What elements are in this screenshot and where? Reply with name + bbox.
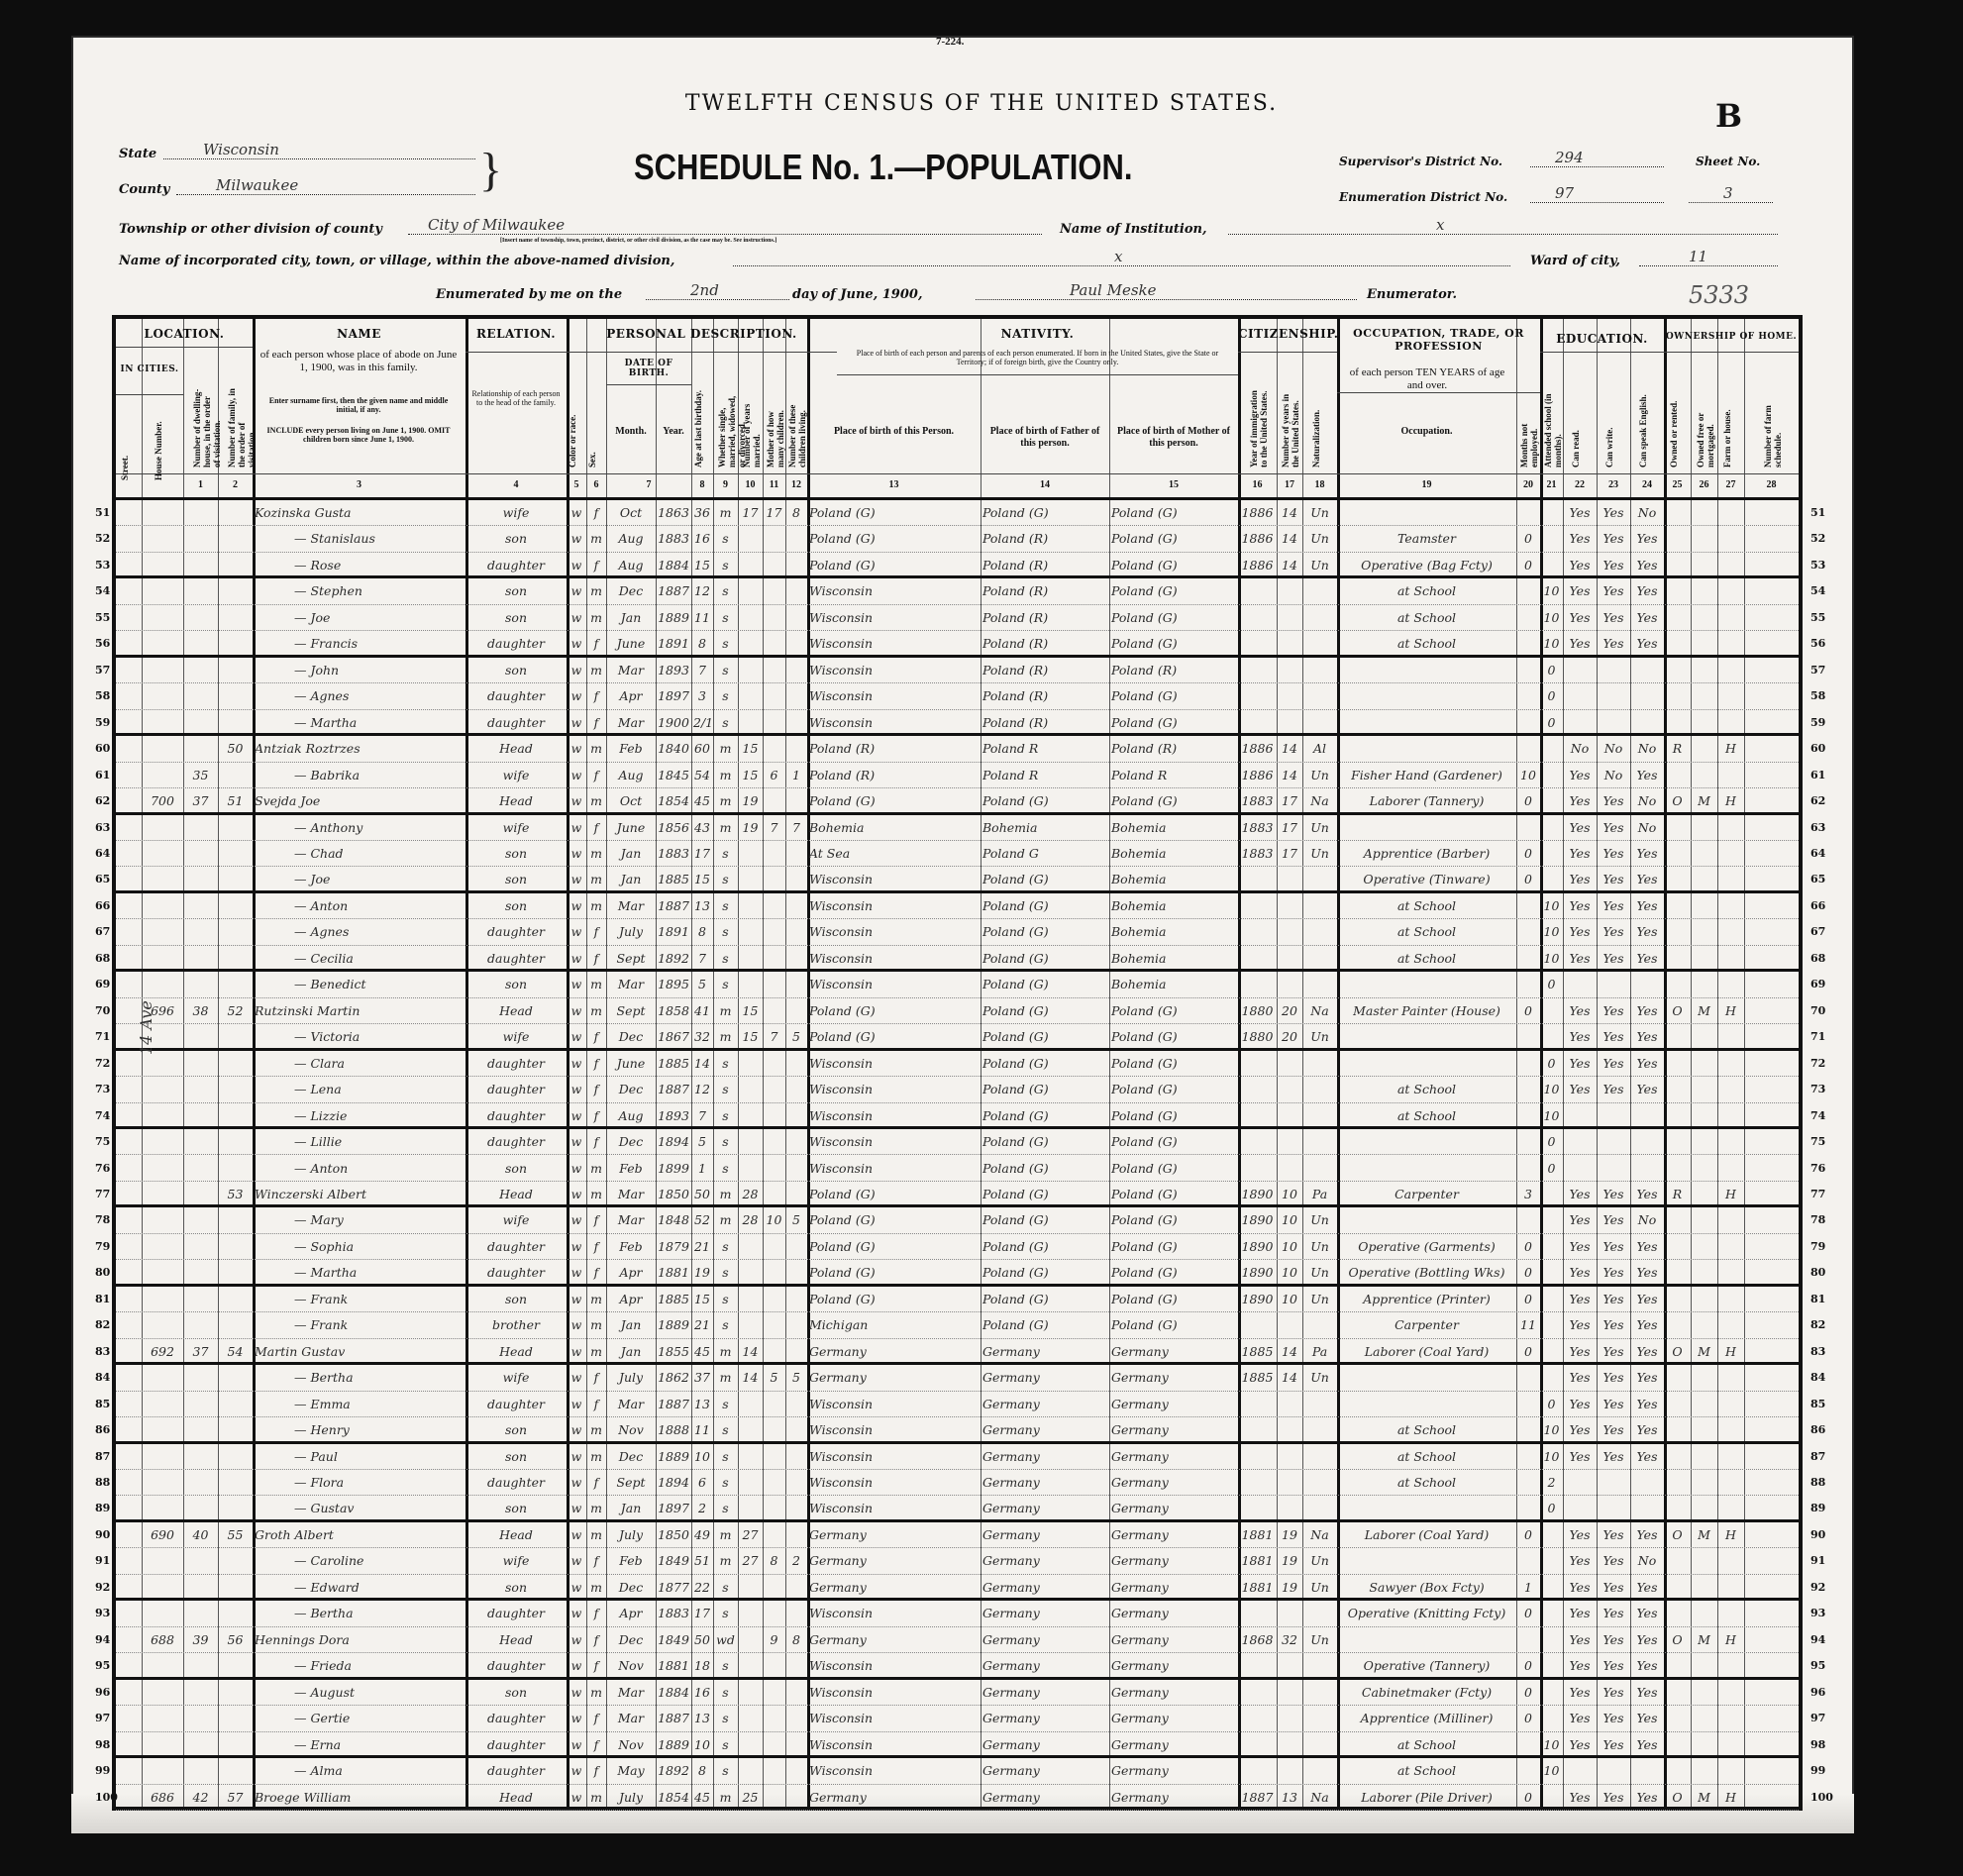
cell-marital: s [715,710,736,733]
line-number: 58 [1810,689,1825,702]
cell-months-unemp: 0 [1518,1260,1538,1283]
cell-color: w [568,1129,584,1154]
cell-yrs-married: 15 [740,736,761,761]
cell-marital: s [715,1051,736,1076]
cell-year: 1849 [658,1627,689,1652]
cell-read: Yes [1565,1444,1595,1469]
ward-value: 11 [1689,248,1707,265]
cell-age: 54 [693,763,711,787]
cell-year: 1889 [658,1444,689,1469]
cell-sex: f [588,500,604,525]
cell-sex: f [588,1392,604,1416]
township-label: Township or other division of county [119,222,382,237]
cell-month: July [608,1522,654,1547]
cell-school: 0 [1542,1156,1561,1181]
cell-marital: s [715,1156,736,1181]
table-row: — AugustsonwmMar188416sWisconsinGermanyG… [116,1680,1799,1706]
column-label: Number of these children living. [788,388,808,468]
cell-yrs-us: 10 [1279,1260,1300,1283]
cell-month: May [608,1758,654,1783]
cell-occupation: Cabinetmaker (Fcty) [1339,1680,1514,1705]
cell-natur: Na [1304,1522,1335,1547]
cell-marital: m [715,1522,736,1547]
cell-natur: Un [1304,1260,1335,1283]
cell-name: Winczerski Albert [255,1182,464,1204]
cell-write: Yes [1599,553,1628,575]
cell-english: Yes [1632,1680,1662,1705]
supervisor-label: Supervisor's District No. [1339,155,1502,168]
cell-immig: 1880 [1240,998,1275,1023]
column-label: Number of dwelling-house, in the order o… [193,388,223,468]
cell-relation: Head [467,1522,565,1547]
line-number: 86 [1810,1423,1825,1436]
cell-color: w [568,1260,584,1283]
cell-name: — Victoria [255,1024,503,1047]
cell-color: w [568,919,584,944]
cell-sex: m [588,972,604,996]
cell-house: 700 [144,788,181,811]
cell-english: Yes [1632,1365,1662,1390]
cell-mother-birth: Poland (G) [1111,1234,1236,1259]
cell-age: 11 [693,1417,711,1440]
cell-marital: s [715,526,736,551]
cell-name: Broege William [255,1785,464,1810]
cell-yrs-us: 19 [1279,1548,1300,1573]
cell-yrs-us: 20 [1279,998,1300,1023]
cell-month: Aug [608,526,654,551]
cell-sex: f [588,1260,604,1283]
cell-yrs-us: 10 [1279,1234,1300,1259]
cell-age: 43 [693,815,711,840]
cell-birth: Wisconsin [809,1392,979,1416]
enumerated-suffix: day of June, 1900, [792,287,922,302]
cell-year: 1845 [658,763,689,787]
cell-months-unemp: 0 [1518,553,1538,575]
cell-write: Yes [1599,1051,1628,1076]
cell-month: Jan [608,841,654,866]
cell-yrs-married: 19 [740,815,761,840]
cell-yrs-married: 15 [740,998,761,1023]
line-number: 66 [95,899,110,912]
cell-relation: son [467,1444,565,1469]
cell-sex: f [588,1207,604,1232]
column-label: Age at last birthday. [694,388,704,468]
column-number: 9 [713,479,738,490]
cell-occupation: Operative (Knitting Fcty) [1339,1601,1514,1625]
cell-mother-birth: Poland (R) [1111,736,1236,761]
cell-immig: 1890 [1240,1207,1275,1232]
cell-mother-birth: Poland (G) [1111,605,1236,630]
cell-yrs-married: 28 [740,1207,761,1232]
cell-month: Feb [608,1234,654,1259]
cell-color: w [568,867,584,889]
line-number: 76 [1810,1162,1825,1175]
cell-mother-birth: Bohemia [1111,919,1236,944]
cell-months-unemp: 0 [1518,788,1538,811]
cell-name: — Erna [255,1732,503,1755]
date-of-birth-header: DATE OF BIRTH. [606,359,691,378]
cell-sex: f [588,1470,604,1495]
cell-month: Jan [608,1312,654,1337]
cell-relation: Head [467,1182,565,1204]
personal-description-header: PERSONAL DESCRIPTION. [567,327,837,341]
line-number: 81 [95,1293,110,1305]
sheet-value: 3 [1723,184,1733,202]
line-number: 88 [95,1476,110,1489]
cell-month: July [608,919,654,944]
table-row: — ClaradaughterwfJune188514sWisconsinPol… [116,1051,1799,1077]
cell-occupation: Sawyer (Box Fcty) [1339,1575,1514,1598]
column-number: 22 [1563,479,1597,490]
line-number: 68 [1810,952,1825,965]
cell-birth: Poland (G) [809,1207,979,1232]
cell-read: Yes [1565,998,1595,1023]
line-number: 95 [1810,1659,1825,1672]
state-field: Wisconsin [163,141,475,159]
cell-occupation: Fisher Hand (Gardener) [1339,763,1514,787]
cell-natur: Un [1304,1365,1335,1390]
cell-month: Apr [608,1287,654,1311]
cell-name: — Edward [255,1575,503,1598]
cell-write: Yes [1599,1706,1628,1730]
table-row: — MarywifewfMar184852m28105Poland (G)Pol… [116,1207,1799,1233]
cell-mother-birth: Germany [1111,1444,1236,1469]
table-row: — GertiedaughterwfMar188713sWisconsinGer… [116,1706,1799,1731]
cell-farm: H [1719,1339,1742,1362]
column-number: 10 [738,479,763,490]
citizenship-header: CITIZENSHIP. [1238,327,1337,341]
cell-year: 1894 [658,1129,689,1154]
table-row: 6963852Rutzinski MartinHeadwmSept185841m… [116,998,1799,1024]
cell-yrs-us: 19 [1279,1575,1300,1598]
cell-school: 10 [1542,893,1561,918]
cell-write: Yes [1599,605,1628,630]
group-underline [567,352,837,353]
incorporated-value: x [1114,248,1122,265]
cell-yrs-us: 32 [1279,1627,1300,1652]
cell-english: Yes [1632,946,1662,969]
cell-marital: s [715,1601,736,1625]
line-number: 69 [1810,978,1825,990]
column-number: 1 [183,479,218,490]
cell-mother-birth: Germany [1111,1627,1236,1652]
column-number: 18 [1302,479,1337,490]
cell-marital: s [715,1758,736,1783]
cell-immig: 1883 [1240,788,1275,811]
cell-natur: Pa [1304,1339,1335,1362]
cell-month: Jan [608,867,654,889]
line-number: 96 [95,1686,110,1699]
cell-yrs-us: 17 [1279,815,1300,840]
cell-color: w [568,788,584,811]
cell-age: 12 [693,578,711,603]
cell-write: Yes [1599,1732,1628,1755]
cell-marital: m [715,815,736,840]
cell-month: Jan [608,1496,654,1518]
cell-marital: s [715,553,736,575]
table-row: — AlmadaughterwfMay18928sWisconsinGerman… [116,1758,1799,1784]
cell-marital: s [715,605,736,630]
cell-mother-birth: Poland (G) [1111,1260,1236,1283]
cell-house: 686 [144,1785,181,1810]
cell-color: w [568,1680,584,1705]
nativity-header: NATIVITY. [837,327,1238,341]
cell-name: — Flora [255,1470,503,1495]
cell-english: Yes [1632,998,1662,1023]
cell-father-birth: Poland (R) [982,553,1107,575]
relation-header: RELATION. [465,327,567,341]
cell-birth: Wisconsin [809,919,979,944]
cell-name: — Emma [255,1392,503,1416]
line-number: 62 [95,794,110,807]
cell-write: No [1599,763,1628,787]
cell-color: w [568,972,584,996]
line-number: 68 [95,952,110,965]
cell-year: 1883 [658,841,689,866]
enumeration-value: 97 [1555,184,1574,202]
cell-yrs-married: 28 [740,1182,761,1204]
line-number: 90 [1810,1528,1825,1541]
table-row: 6923754Martin GustavHeadwmJan185545m14Ge… [116,1339,1799,1365]
cell-birth: Poland (G) [809,1260,979,1283]
cell-owned: O [1666,788,1689,811]
cell-father-birth: Germany [982,1785,1107,1810]
cell-birth: Germany [809,1785,979,1810]
cell-natur: Na [1304,998,1335,1023]
cell-immig: 1886 [1240,553,1275,575]
cell-sex: m [588,605,604,630]
cell-mother-birth: Germany [1111,1706,1236,1730]
cell-color: w [568,1365,584,1390]
cell-age: 13 [693,893,711,918]
census-table: LOCATION.IN CITIES.NAMEof each person wh… [112,315,1803,1811]
cell-relation: Head [467,788,565,811]
cell-living: 5 [787,1365,805,1390]
cell-father-birth: Poland R [982,736,1107,761]
cell-year: 1856 [658,815,689,840]
cell-school: 10 [1542,1444,1561,1469]
cell-relation: son [467,1287,565,1311]
cell-marital: m [715,736,736,761]
cell-yrs-us: 14 [1279,526,1300,551]
cell-relation: daughter [467,1051,565,1076]
cell-relation: son [467,1417,565,1440]
line-number: 83 [1810,1345,1825,1358]
cell-immig: 1886 [1240,763,1275,787]
cell-months-unemp: 11 [1518,1312,1538,1337]
line-number: 82 [1810,1318,1825,1331]
cell-marital: s [715,1392,736,1416]
cell-marital: s [715,631,736,654]
cell-birth: Wisconsin [809,1758,979,1783]
cell-relation: son [467,841,565,866]
cell-birth: Wisconsin [809,710,979,733]
cell-month: Aug [608,1103,654,1126]
cell-name: — Anton [255,893,503,918]
occupation-underline [1337,392,1540,393]
cell-year: 1888 [658,1417,689,1440]
cell-color: w [568,893,584,918]
line-number: 92 [95,1581,110,1594]
cell-occupation: at School [1339,1103,1514,1126]
line-number: 93 [95,1607,110,1619]
cell-birth: Wisconsin [809,1129,979,1154]
column-label: Place of birth of this Person. [809,426,979,438]
cell-owned: O [1666,1627,1689,1652]
cell-color: w [568,1732,584,1755]
cell-birth: Poland (G) [809,998,979,1023]
cell-owned: R [1666,736,1689,761]
cell-dwelling: 35 [185,763,216,787]
cell-marital: m [715,500,736,525]
cell-month: July [608,1785,654,1810]
cell-year: 1862 [658,1365,689,1390]
column-number: 3 [253,479,465,490]
cell-marital: m [715,1365,736,1390]
cell-sex: m [588,658,604,682]
cell-read: Yes [1565,526,1595,551]
cell-year: 1897 [658,683,689,708]
line-number: 74 [1810,1109,1825,1122]
cell-occupation: at School [1339,578,1514,603]
cell-read: Yes [1565,1339,1595,1362]
cell-occupation: at School [1339,605,1514,630]
cell-marital: m [715,1548,736,1573]
cell-natur: Un [1304,763,1335,787]
cell-relation: son [467,605,565,630]
table-row: — RosedaughterwfAug188415sPoland (G)Pola… [116,553,1799,578]
line-number: 76 [95,1162,110,1175]
cell-age: 36 [693,500,711,525]
cell-name: — Lena [255,1077,503,1101]
cell-age: 60 [693,736,711,761]
cell-color: w [568,736,584,761]
cell-age: 8 [693,631,711,654]
cell-english: Yes [1632,1601,1662,1625]
cell-read: Yes [1565,946,1595,969]
cell-birth: Wisconsin [809,867,979,889]
cell-sex: f [588,1365,604,1390]
line-number: 84 [1810,1371,1825,1384]
cell-mother-birth: Poland (G) [1111,1077,1236,1101]
cell-school: 0 [1542,1051,1561,1076]
group-underline [116,347,253,348]
cell-immig: 1890 [1240,1234,1275,1259]
cell-mortgaged: M [1693,998,1715,1023]
cell-school: 10 [1542,1758,1561,1783]
cell-english: Yes [1632,526,1662,551]
cell-occupation: Laborer (Coal Yard) [1339,1522,1514,1547]
cell-occupation: at School [1339,946,1514,969]
cell-natur: Na [1304,788,1335,811]
table-row: — CeciliadaughterwfSept18927sWisconsinPo… [116,946,1799,972]
column-label: Year. [658,426,689,438]
cell-sex: m [588,736,604,761]
cell-farm: H [1719,736,1742,761]
cell-birth: At Sea [809,841,979,866]
cell-father-birth: Poland (G) [982,1024,1107,1047]
cell-name: — Martha [255,710,503,733]
cell-relation: daughter [467,1077,565,1101]
cell-farm: H [1719,788,1742,811]
cell-natur: Un [1304,500,1335,525]
name-instruction: INCLUDE every person living on June 1, 1… [259,426,458,444]
cell-occupation: Apprentice (Milliner) [1339,1706,1514,1730]
supervisor-value: 294 [1555,149,1584,166]
cell-father-birth: Germany [982,1680,1107,1705]
cell-name: — Clara [255,1051,503,1076]
cell-name: Rutzinski Martin [255,998,464,1023]
cell-write: Yes [1599,788,1628,811]
cell-mother-birth: Bohemia [1111,893,1236,918]
cell-age: 13 [693,1392,711,1416]
cell-age: 5 [693,972,711,996]
cell-house: 692 [144,1339,181,1362]
cell-color: w [568,1653,584,1676]
cell-father-birth: Germany [982,1601,1107,1625]
cell-name: — Mary [255,1207,503,1232]
cell-month: June [608,631,654,654]
cell-relation: wife [467,763,565,787]
cell-immig: 1886 [1240,526,1275,551]
cell-color: w [568,815,584,840]
schedule-title: SCHEDULE No. 1.—POPULATION. [634,147,1132,188]
cell-english: Yes [1632,1312,1662,1337]
cell-yrs-us: 10 [1279,1182,1300,1204]
cell-english: Yes [1632,893,1662,918]
cell-year: 1850 [658,1522,689,1547]
cell-mother-birth: Germany [1111,1575,1236,1598]
line-number: 80 [95,1266,110,1279]
cell-month: Dec [608,1129,654,1154]
cell-immig: 1886 [1240,500,1275,525]
cell-months-unemp: 3 [1518,1182,1538,1204]
ward-field: 11 [1639,248,1778,266]
cell-father-birth: Germany [982,1392,1107,1416]
line-number: 53 [1810,559,1825,572]
cell-relation: daughter [467,1601,565,1625]
cell-immig: 1883 [1240,815,1275,840]
cell-sex: m [588,1156,604,1181]
cell-relation: son [467,658,565,682]
cell-marital: s [715,1470,736,1495]
cell-month: Sept [608,946,654,969]
cell-relation: daughter [467,1732,565,1755]
cell-birth: Wisconsin [809,578,979,603]
cell-age: 16 [693,526,711,551]
cell-name: — Sophia [255,1234,503,1259]
cell-immig: 1881 [1240,1548,1275,1573]
cell-mother-birth: Poland (G) [1111,1312,1236,1337]
institution-field: x [1228,216,1778,235]
cell-occupation: Operative (Tannery) [1339,1653,1514,1676]
cell-relation: Head [467,998,565,1023]
cell-occupation: Apprentice (Barber) [1339,841,1514,866]
cell-month: July [608,1365,654,1390]
cell-write: Yes [1599,1575,1628,1598]
cell-color: w [568,841,584,866]
cell-birth: Wisconsin [809,1470,979,1495]
column-label: Color or race. [568,388,578,468]
cell-marital: s [715,1287,736,1311]
cell-sex: f [588,1732,604,1755]
line-number: 84 [95,1371,110,1384]
institution-value: x [1436,216,1444,234]
cell-read: Yes [1565,1522,1595,1547]
cell-color: w [568,683,584,708]
cell-mother-birth: Poland (G) [1111,1129,1236,1154]
column-number: 16 [1238,479,1277,490]
